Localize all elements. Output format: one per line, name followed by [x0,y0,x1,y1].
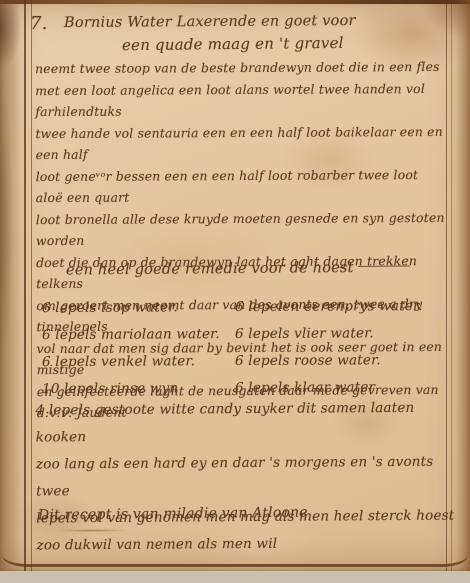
recipe-line: met een loot angelica een loot alans wor… [35,77,447,122]
instruction-line: zoo lang als een hard ey en daar 's morg… [36,449,456,506]
ingredient-item: 6 lepelen eerenprys water. [235,297,448,314]
ingredient-item: 6 lepels vlier water. [235,324,448,341]
scan-background-strip [0,571,470,583]
ingredient-item: 6 lepels roose water. [235,351,448,368]
recipe-line: twee hande vol sentauria een en een half… [35,120,447,165]
binding-edge [0,0,22,571]
ingredient-list: 6 lepels isop water. 6 lepelen eerenprys… [42,293,448,401]
ingredient-item: 6 lepels klaar water [235,378,448,395]
recipe-line: loot bronella alle dese kruyde moeten ge… [36,206,448,251]
instruction-line: 4 lepels gestoote witte candy suyker dit… [35,395,455,452]
heading-flourish [358,265,410,266]
ingredient-row: 6 lepels isop water. 6 lepelen eerenprys… [42,292,448,321]
recipe-line: loot geneᵛᵒr bessen een en een half loot… [36,163,448,208]
ingredient-row: 6 lepels venkel water. 6 lepels roose wa… [42,346,448,375]
left-margin-rule [24,0,32,571]
ingredient-item: 6 lepels venkel water. [42,353,235,370]
recipe-title-line1: Bornius Water Laxerende en goet voor [64,13,356,31]
ingredient-item: 6 lepels mariolaan water. [42,326,235,343]
recipe-line: neemt twee stoop van de beste brandewyn … [35,56,447,80]
ink-smudge [58,529,128,532]
manuscript-page: 7. Bornius Water Laxerende en goet voor … [0,0,470,571]
attribution-line: Dit recept is van miladie van Atloone [38,505,308,524]
ingredient-row: 6 lepels mariolaan water. 6 lepels vlier… [42,319,448,348]
instruction-line: zoo dukwil van nemen als men wil [36,530,456,560]
ingredient-item: 6 lepels isop water. [42,299,235,316]
remedy-instructions: 4 lepels gestoote witte candy suyker dit… [35,395,456,560]
recipe-title-line2: een quade maag en 't gravel [122,34,344,54]
right-edge-shadow [456,0,470,571]
remedy-heading-text: een heel goede remedie voor de hoest [66,260,354,279]
ingredient-item: 10 lepels rinse wyn [42,380,235,397]
remedy-heading: een heel goede remedie voor de hoest [66,260,410,279]
page-number: 7. [30,13,48,34]
